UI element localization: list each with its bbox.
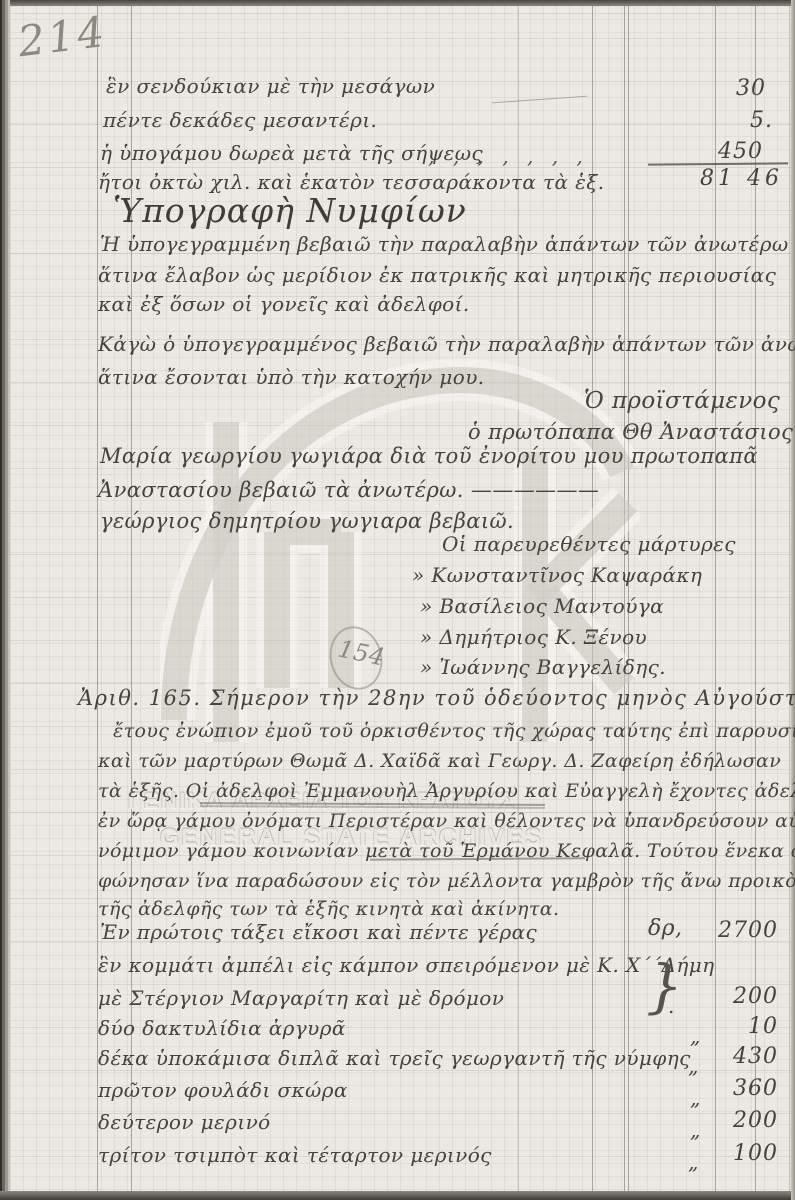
witnesses-header: Οἱ παρευρεθέντες μάρτυρες xyxy=(442,534,736,554)
opening-line-3: ἡ ὑπογάμου δωρεὰ μετὰ τῆς σήψεως xyxy=(100,143,483,163)
dowry-item-7: δεύτερον μερινό xyxy=(98,1112,271,1132)
opening-line-4: ἤτοι ὀκτὼ χιλ. καὶ ἑκατὸν τεσσαράκοντα τ… xyxy=(98,172,604,192)
act-line-3: καὶ τῶν μαρτύρων Θωμᾶ Δ. Χαϊδᾶ καὶ Γεωργ… xyxy=(98,752,781,771)
act-line-5: ἐν ὥρᾳ γάμου ὀνόματι Περιστέραν καὶ θέλο… xyxy=(98,812,795,831)
officiant-name: ὁ πρωτόπαπα Θθ Ἀναστάσιος xyxy=(468,422,793,443)
act-line-2: ἔτους ἐνώπιον ἐμοῦ τοῦ ὁρκισθέντος τῆς χ… xyxy=(113,722,795,741)
dowry-amount-7: 200 xyxy=(700,1110,778,1132)
lead-mark-2: „ xyxy=(688,1056,699,1076)
dowry-amount-1: 2700 xyxy=(700,920,778,942)
dowry-amount-8: 100 xyxy=(700,1143,778,1165)
scan-edge-right xyxy=(791,0,795,1200)
page-number-pencil: 214 xyxy=(16,11,110,64)
witness-name-2: » Βασίλειος Μαντούγα xyxy=(420,596,664,616)
groom-declaration-line-2: ἅτινα ἔσονται ὑπὸ τὴν κατοχήν μου. xyxy=(98,367,485,387)
amount-30: 30 xyxy=(736,78,766,100)
dot-leaders: ‚ ‚ ‚ ‚ ‚ ‚ ‚ xyxy=(428,146,589,166)
confirmation-line-2: Ἀναστασίου βεβαιῶ τὰ ἀνωτέρω. —————— xyxy=(98,480,599,501)
dowry-item-6: πρῶτον φουλάδι σκώρα xyxy=(98,1080,348,1100)
scan-edge-top xyxy=(0,0,795,6)
opening-line-2: πέντε δεκάδες μεσαντέρι. xyxy=(103,110,377,130)
dowry-item-5: δέκα ὑποκάμισα διπλᾶ καὶ τρεῖς γεωργαντῆ… xyxy=(98,1048,691,1068)
witness-name-3: » Δημήτριος Κ. Ξένου xyxy=(420,627,647,647)
amount-450: 450 xyxy=(718,141,763,163)
amount-5: 5. xyxy=(750,110,773,132)
opening-line-1: ἓν σενδούκιαν μὲ τὴν μεσάγων xyxy=(106,76,435,96)
currency-label: δρ, xyxy=(648,918,682,940)
confirmation-line-3: γεώργιος δημητρίου γωγιαρα βεβαιῶ. xyxy=(100,511,514,532)
officiant-title: Ὁ προϊστάμενος xyxy=(584,390,780,413)
dowry-amount-3: 200 xyxy=(700,986,778,1008)
brace-dot: . xyxy=(668,996,675,1016)
act-line-4: τὰ ἑξῆς. Οἱ ἀδελφοὶ Ἐμμανουὴλ Ἀργυρίου κ… xyxy=(98,782,795,801)
dowry-item-4: δύο δακτυλίδια ἀργυρᾶ xyxy=(98,1018,346,1038)
witness-name-1: » Κωνσταντῖνος Καψαράκη xyxy=(412,565,702,585)
scan-edge-bottom xyxy=(0,1191,795,1200)
bride-declaration-line-2: ἅτινα ἔλαβον ὡς μερίδιον ἐκ πατρικῆς καὶ… xyxy=(98,265,776,285)
act-line-7: φώνησαν ἵνα παραδώσουν εἰς τὸν μέλλοντα … xyxy=(98,872,795,891)
scan-edge-binding xyxy=(0,0,10,1200)
act-line-1: Ἀριθ. 165. Σήμερον τὴν 28ην τοῦ ὁδεύοντο… xyxy=(78,688,795,709)
dowry-item-8: τρίτον τσιμπὸτ καὶ τέταρτον μερινός xyxy=(98,1145,492,1165)
section-heading-signatures: Ὑπογραφὴ Νυμφίων xyxy=(113,194,467,227)
confirmation-line-1: Μαρία γεωργίου γωγιάρα διὰ τοῦ ἐνορίτου … xyxy=(100,446,758,467)
scanned-register-page: ΓΕΝΙΚΑ ΑΡΧΕΙΑ ΤΟΥ ΚΡΑΤΟΥΣ GENERAL STATE … xyxy=(0,0,795,1200)
lead-mark-5: „ xyxy=(688,1152,699,1172)
dowry-item-3: μὲ Στέργιον Μαργαρίτη καὶ μὲ δρόμον xyxy=(98,988,504,1008)
column-rule-edge xyxy=(789,6,790,1191)
bride-declaration-line-1: Ἡ ὑπογεγραμμένη βεβαιῶ τὴν παραλαβὴν ἁπά… xyxy=(100,234,789,254)
dowry-item-1: Ἐν πρώτοις τάξει εἴκοσι καὶ πέντε γέρας xyxy=(100,922,537,942)
grouping-brace: } xyxy=(646,952,683,1020)
groom-declaration-line-1: Κἀγὼ ὁ ὑπογεγραμμένος βεβαιῶ τὴν παραλαβ… xyxy=(98,334,795,354)
amount-total: 81 46 xyxy=(700,168,783,190)
dowry-amount-5: 430 xyxy=(700,1046,778,1068)
dowry-item-2: ἓν κομμάτι ἀμπέλι εἰς κάμπον σπειρόμενον… xyxy=(98,955,714,975)
dowry-amount-4: 10 xyxy=(700,1016,778,1038)
witness-name-4: » Ἰωάννης Βαγγελίδης. xyxy=(420,657,666,677)
act-line-8: τῆς ἀδελφῆς των τὰ ἑξῆς κινητὰ καὶ ἀκίνη… xyxy=(98,900,559,919)
dowry-amount-6: 360 xyxy=(700,1078,778,1100)
bride-declaration-line-3: καὶ ἐξ ὅσων οἱ γονεῖς καὶ ἀδελφοί. xyxy=(98,294,470,314)
